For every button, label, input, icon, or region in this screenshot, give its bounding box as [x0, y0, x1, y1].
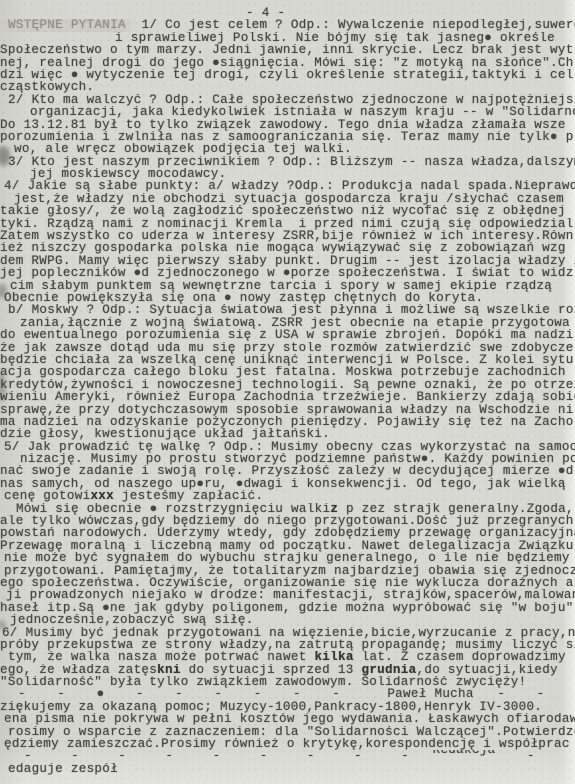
text-line: jest,że władzy nie obchodzi sytuacja gos…	[0, 193, 575, 205]
text-line: ego, że władza zatęskni do sytuacji sprz…	[0, 664, 575, 676]
text-line: ziękujemy za okazaną pomoc; Muzycy-1000,…	[0, 701, 575, 713]
text-segment: nać swoje zadanie i swoją rolę. Przyszło…	[0, 465, 574, 477]
text-line: dzi więc ● wytyczenie tej drogi, czyli o…	[0, 69, 575, 81]
text-line: Zatem wszystko co uderza w interesy ZSRR…	[0, 230, 575, 242]
text-line: b/ Moskwy ? Odp.: Sytuacja światowa jest…	[0, 304, 575, 316]
text-line: 6/ Musimy być jednak przygotowani na wię…	[0, 627, 575, 639]
text-line: że jak zawsze dotąd uda mu się przy stol…	[0, 342, 575, 354]
text-segment: kredytów,żywności i nowoczesnej technolo…	[0, 379, 575, 391]
text-segment: sprawę,że przy dotychczasowym sposobie s…	[0, 404, 574, 416]
text-segment: haseł itp.Są ●ne jak gdyby poligonem, gd…	[0, 602, 575, 614]
text-segment: powstań narodowych. Uderzymy wtedy, gdy …	[0, 527, 575, 539]
text-segment: nie może być sygnałem do wybuchu strajku…	[4, 552, 570, 564]
text-segment: jest,że władzy nie obchodzi sytuacja gos…	[14, 193, 564, 205]
text-line: "Solidarność" była tylko związkiem zawod…	[0, 676, 575, 688]
text-segment: 4/ Jakie są słabe punkty: a/ władzy ?Odp…	[4, 180, 575, 192]
text-line: próby przekupstwa ze strony władzy,na za…	[0, 639, 575, 651]
text-line: będzie chciała za wszelką cenę uniknąć i…	[0, 354, 575, 366]
text-segment: cząstkowych.	[0, 81, 94, 93]
text-line: ego społeczeństwa. Oczywiście, organizow…	[0, 577, 575, 589]
text-line: 3/ Kto jest naszym przeciwnikiem ? Odp.:…	[0, 156, 575, 168]
text-segment: do ewentualnego porozumienia się z USA w…	[0, 329, 574, 341]
text-line: nizację. Musimy po prostu stworzyć podzi…	[0, 453, 575, 465]
text-segment: -	[495, 750, 534, 762]
text-line: Mówi się obecnie ● rozstrzygnięciu walki…	[0, 503, 575, 515]
text-segment: z	[330, 503, 338, 515]
text-line: edaguje zespół	[0, 763, 575, 775]
page-number: - 4 -	[0, 7, 575, 19]
text-segment: zania,łącznie z wojną światową. ZSRR jes…	[20, 317, 570, 329]
text-segment: ież niszczy gospodarka polska nie mogąca…	[0, 242, 566, 254]
text-line: 2/ Kto ma walczyć ? Odp.: Całe społeczeń…	[0, 94, 575, 106]
text-segment: - - ● - - - - - -	[18, 688, 387, 700]
text-segment: Mówi się obecnie ● rozstrzygnięciu walki	[16, 503, 330, 515]
text-line: tyki. Rządzą nami z nominacji Kremla i p…	[0, 218, 575, 230]
text-line: do ewentualnego porozumienia się z USA w…	[0, 329, 575, 341]
text-line: Do 13.12.81 był to tylko związek zawodow…	[0, 119, 575, 131]
author-signature: Paweł Mucha	[387, 688, 473, 700]
text-line: sprawę,że przy dotychczasowym sposobie s…	[0, 404, 575, 416]
text-line: jej popleczników ●d zjednoczonego w ●por…	[0, 267, 575, 279]
text-segment: ędziemy zamieszczać.Prosimy również o kr…	[4, 738, 570, 750]
text-line: organizacji, jaka kiedykolwiek istniała …	[0, 106, 575, 118]
text-segment: ena pisma nie pokrywa w pełni kosztów je…	[4, 713, 575, 725]
text-segment: ma nadziei na odzyskanie pożyczonych pie…	[0, 416, 575, 428]
scanned-page: - 4 -WSTĘPNE PYTANIA 1/ Co jest celem ? …	[0, 0, 575, 784]
text-line: ji prowadzonych niejako w drodze: manife…	[0, 589, 575, 601]
text-line: dzie głosy, kwestionujące układ jałtańsk…	[0, 428, 575, 440]
text-segment: ego, że władza zatęs	[0, 664, 157, 676]
text-segment: - 4 -	[246, 7, 285, 19]
text-line: WSTĘPNE PYTANIA 1/ Co jest celem ? Odp.:…	[0, 19, 575, 31]
text-segment: cim słabym punktem są wewnętrzne tarcia …	[10, 280, 552, 292]
text-line: nać swoje zadanie i swoją rolę. Przyszło…	[0, 465, 575, 477]
text-line: haseł itp.Są ●ne jak gdyby poligonem, gd…	[0, 602, 575, 614]
text-segment: i sprawieliwej Polski. Nie bójmy się tak…	[115, 32, 555, 44]
text-segment: cenę gotowi	[4, 490, 90, 502]
text-line: cząstkowych.	[0, 81, 575, 93]
text-line: ędziemy zamieszczać.Prosimy również o kr…	[0, 738, 575, 750]
text-segment: 6/ Musimy być jednak przygotowani na wię…	[2, 627, 575, 639]
text-line: cenę gotowixxx jesteśmy zapłacić.	[0, 490, 575, 502]
text-line: 4/ Jakie są słabe punkty: a/ władzy ?Odp…	[0, 180, 575, 192]
text-line: i sprawieliwej Polski. Nie bójmy się tak…	[0, 32, 575, 44]
text-segment: organizacji, jaka kiedykolwiek istniała …	[30, 106, 575, 118]
text-segment: - - -	[474, 688, 575, 700]
text-segment: ,do sytuacji,kiedy	[416, 664, 557, 676]
text-segment: p zez strajk generalny.Zgoda,	[338, 503, 574, 515]
text-segment: jesteśmy zapłacić.	[114, 490, 263, 502]
text-segment: jej popleczników ●d zjednoczonego w ●por…	[0, 267, 574, 279]
text-segment: jednocześnie,zobaczyć swą siłę.	[10, 614, 254, 626]
signature-line: - - ● - - - - - - Paweł Mucha - - -	[0, 688, 575, 700]
text-line: ale tylko wówczas,gdy będziemy do niego …	[0, 515, 575, 527]
text-segment: edaguje zespół	[8, 763, 118, 775]
text-segment: Społeczeństwo o tym marzy. Jedni jawnie,…	[0, 44, 574, 56]
text-segment: tyki. Rządzą nami z nominacji Kremla i p…	[0, 218, 574, 230]
text-segment: lat. Z czasem doprowadzimy	[354, 651, 566, 663]
text-segment: Obecnie powiększyła się ona ● nowy zastę…	[4, 292, 483, 304]
text-segment: że jak zawsze dotąd uda mu się przy stol…	[0, 342, 574, 354]
text-line: Obecnie powiększyła się ona ● nowy zastę…	[0, 292, 575, 304]
text-line: takie głosy/, że wolą zagłodzić społecze…	[0, 205, 575, 217]
text-line: nie może być sygnałem do wybuchu strajku…	[0, 552, 575, 564]
text-line: ież niszczy gospodarka polska nie mogąca…	[0, 242, 575, 254]
text-segment: tym, że walka nasza może potrwać nawet	[8, 651, 314, 663]
text-line: kredytów,żywności i nowoczesnej technolo…	[0, 379, 575, 391]
text-segment: nas samych, od naszego up●ru, ●dwagi i k…	[0, 478, 566, 490]
text-line: rosimy o wsparcie z zaznaczeniem: dla "S…	[0, 726, 575, 738]
text-segment: - - - - - - - - -	[24, 750, 433, 762]
text-segment: nej, realnej drogi do jego ●siągnięcia. …	[0, 57, 574, 69]
text-line: przygotowani. Pamiętajmy, że totalitaryz…	[0, 565, 575, 577]
text-segment: Przewagę moralną i liczebną mamy od pocz…	[0, 540, 574, 552]
text-segment: 2/ Kto ma walczyć ? Odp.: Całe społeczeń…	[8, 94, 575, 106]
text-line: 5/ Jak prowadzić tę walkę ? Odp.: Musimy…	[0, 441, 575, 453]
text-segment: wieniu Ameryki, również Europa Zachodnia…	[0, 391, 575, 403]
text-line: acja gospodarcza całego bloku jest fatal…	[0, 366, 575, 378]
text-line: nej, realnej drogi do jego ●siągnięcia. …	[0, 57, 575, 69]
text-segment: jej moskiewscy mocodawcy.	[30, 168, 226, 180]
editorial-signature: Redakcja	[433, 750, 496, 757]
text-line: Przewagę moralną i liczebną mamy od pocz…	[0, 540, 575, 552]
text-segment: kilka	[314, 651, 353, 663]
text-segment: ziękujemy za okazaną pomoc; Muzycy-1000,…	[0, 701, 542, 713]
text-segment: Zatem wszystko co uderza w interesy ZSRR…	[0, 230, 574, 242]
text-segment: nizację. Musimy po prostu stworzyć podzi…	[20, 453, 575, 465]
text-segment: do sytuacji sprzed 13	[181, 664, 362, 676]
text-line: Społeczeństwo o tym marzy. Jedni jawnie,…	[0, 44, 575, 56]
text-segment: rosimy o wsparcie z zaznaczeniem: dla "S…	[8, 726, 575, 738]
text-segment: 3/ Kto jest naszym przeciwnikiem ? Odp.:…	[8, 156, 575, 168]
text-line: porozumienia i zwlniła nas z samoogranic…	[0, 131, 575, 143]
text-line: wo, ale wręcz obowiązek podjęcia tej wal…	[0, 143, 575, 155]
text-segment: dem RWPG. Mamy więc pierwszy słaby punkt…	[0, 255, 575, 267]
text-line: zania,łącznie z wojną światową. ZSRR jes…	[0, 317, 575, 329]
text-segment: 1/ Co jest celem ? Odp.: Wywalczenie nie…	[126, 19, 575, 31]
text-line: cim słabym punktem są wewnętrzne tarcia …	[0, 280, 575, 292]
text-segment: ego społeczeństwa. Oczywiście, organizow…	[0, 577, 575, 589]
text-line: jej moskiewscy mocodawcy.	[0, 168, 575, 180]
text-segment: acja gospodarcza całego bloku jest fatal…	[0, 366, 566, 378]
text-segment: przygotowani. Pamiętajmy, że totalitaryz…	[4, 565, 575, 577]
text-segment: wo, ale wręcz obowiązek podjęcia tej wal…	[14, 143, 352, 155]
text-segment: xxx	[90, 490, 114, 502]
text-segment: ale tylko wówczas,gdy będziemy do niego …	[0, 515, 574, 527]
text-segment: będzie chciała za wszelką cenę uniknąć i…	[0, 354, 575, 366]
text-segment: b/ Moskwy ? Odp.: Sytuacja światowa jest…	[8, 304, 575, 316]
text-segment: próby przekupstwa ze strony władzy,na za…	[0, 639, 575, 651]
text-segment: dzie głosy, kwestionujące układ jałtańsk…	[0, 428, 330, 440]
text-line: tym, że walka nasza może potrwać nawet k…	[0, 651, 575, 663]
text-line: ena pisma nie pokrywa w pełni kosztów je…	[0, 713, 575, 725]
text-line: jednocześnie,zobaczyć swą siłę.	[0, 614, 575, 626]
text-segment: kni	[157, 664, 181, 676]
text-line: nas samych, od naszego up●ru, ●dwagi i k…	[0, 478, 575, 490]
headline-wstepne-pytania: WSTĘPNE PYTANIA	[8, 19, 126, 31]
text-line: ma nadziei na odzyskanie pożyczonych pie…	[0, 416, 575, 428]
text-segment: ji prowadzonych niejako w drodze: manife…	[6, 589, 575, 601]
text-line: powstań narodowych. Uderzymy wtedy, gdy …	[0, 527, 575, 539]
text-segment: "Solidarność" była tylko związkiem zawod…	[0, 676, 526, 688]
text-segment: Do 13.12.81 był to tylko związek zawodow…	[0, 119, 566, 131]
text-segment: takie głosy/, że wolą zagłodzić społecze…	[0, 205, 566, 217]
editorial-line: - - - - - - - - - Redakcja -	[0, 750, 575, 762]
text-segment: grudnia	[361, 664, 416, 676]
text-segment: dzi więc ● wytyczenie tej drogi, czyli o…	[0, 69, 574, 81]
document-text: - 4 -WSTĘPNE PYTANIA 1/ Co jest celem ? …	[0, 7, 575, 775]
text-line: wieniu Ameryki, również Europa Zachodnia…	[0, 391, 575, 403]
text-segment: 5/ Jak prowadzić tę walkę ? Odp.: Musimy…	[4, 441, 575, 453]
text-segment: porozumienia i zwlniła nas z samoogranic…	[0, 131, 574, 143]
text-line: dem RWPG. Mamy więc pierwszy słaby punkt…	[0, 255, 575, 267]
